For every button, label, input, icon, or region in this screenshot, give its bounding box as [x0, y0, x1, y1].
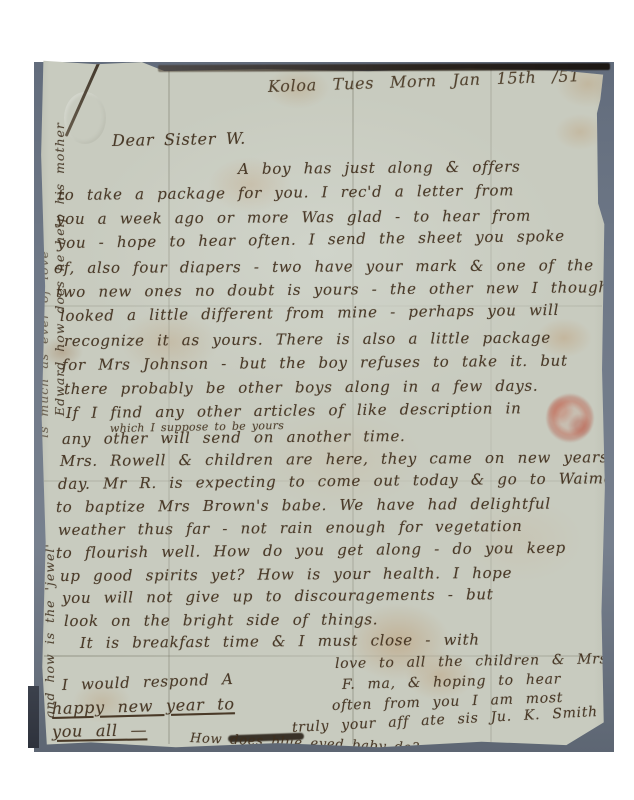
letter-paper: Koloa Tues Morn Jan 15th /51 Dear Sister…: [40, 58, 606, 750]
letter-line: A boy has just along & offers: [238, 158, 521, 178]
letter-line: weather thus far - not rain enough for v…: [58, 517, 523, 539]
wax-seal-remnant: [546, 393, 594, 443]
letter-line: to take a package for you. I rec'd a let…: [58, 181, 514, 204]
letter-line: you - hope to hear often. I send the she…: [57, 227, 565, 252]
letter-line: look on the bright side of things.: [64, 610, 378, 630]
postscript-line: you all —: [52, 721, 148, 741]
letter-line: It is breakfast time & I must close - wi…: [80, 631, 480, 652]
salutation: Dear Sister W.: [112, 130, 246, 150]
letter-line: recognize it as yours. There is also a l…: [64, 329, 551, 350]
letter-line: of, also four diapers - two have your ma…: [54, 256, 594, 277]
letter-line: you a week ago or more Was glad - to hea…: [56, 207, 531, 228]
closing-line: love to all the children & Mrs: [335, 650, 608, 673]
letter-line: any other will send on another time.: [62, 427, 406, 448]
margin-note: Edward how does he help his mother: [52, 86, 67, 416]
letter-line: two new ones no doubt is yours - the oth…: [56, 278, 616, 301]
letter-line: there probably be other boys along in a …: [64, 377, 538, 398]
letter-line: to baptize Mrs Brown's babe. We have had…: [56, 495, 551, 516]
letter-line: day. Mr R. is expecting to come out toda…: [58, 469, 623, 493]
embossed-stationery-stamp: [64, 92, 106, 144]
paper-edge-shadow: [28, 686, 39, 748]
letter-line: you will not give up to discouragements …: [62, 585, 494, 607]
letter-line: Mrs. Rowell & children are here, they ca…: [60, 448, 608, 470]
postscript-question: How does blue eyed baby do?: [190, 730, 420, 758]
dateline: Koloa Tues Morn Jan 15th /51: [268, 67, 581, 96]
postscript-line: I would respond A: [62, 670, 234, 694]
letter-line: up good spirits yet? How is your health.…: [60, 564, 512, 585]
postscript-line: happy new year to: [52, 695, 235, 718]
